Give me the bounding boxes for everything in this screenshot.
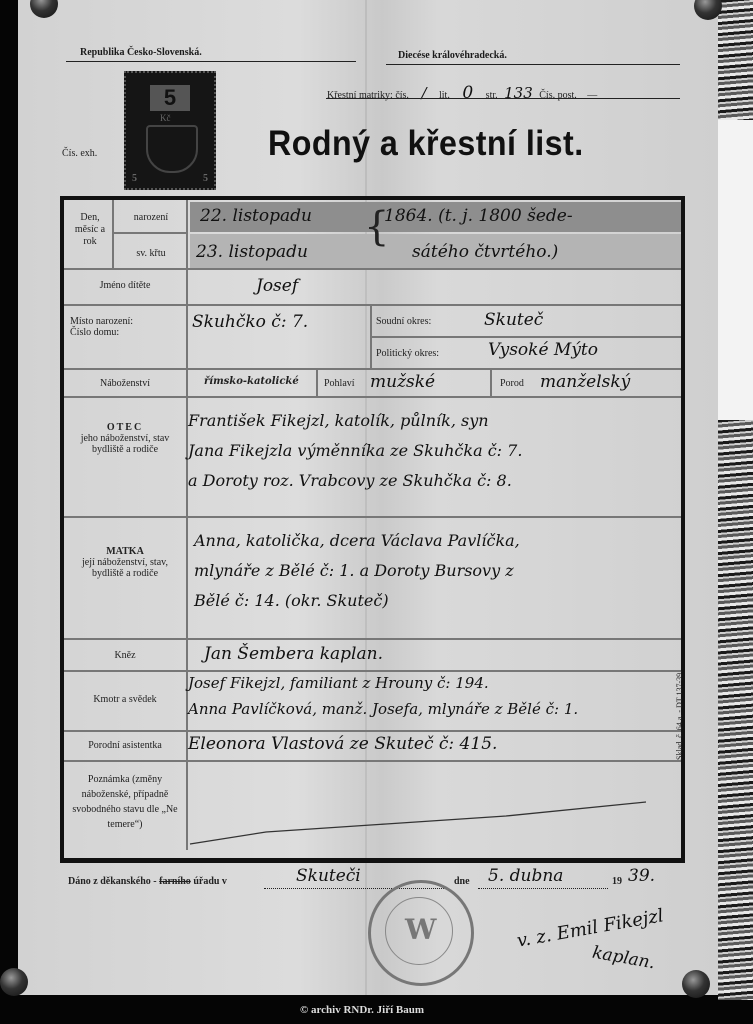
political-district-label: Politický okres: [376, 348, 439, 359]
mother-label: MATKA její náboženství, stav, bydliště a… [64, 546, 186, 579]
birth-date: 22. listopadu [200, 206, 312, 226]
mother-heading: MATKA [64, 546, 186, 557]
father-line: František Fikejzl, katolík, půlník, syn [188, 406, 522, 436]
mother-sublabel: její náboženství, stav, bydliště a rodič… [64, 557, 186, 579]
court-district-label: Soudní okres: [376, 316, 431, 327]
row-divider [64, 760, 681, 762]
copyright: © archiv RNDr. Jiří Baum [300, 1004, 424, 1016]
baptism-label: sv. křtu [116, 248, 186, 259]
father-line: a Doroty roz. Vrabcovy ze Skuhčka č: 8. [188, 466, 522, 496]
father-heading: OTEC [64, 422, 186, 433]
revenue-stamp: 5 Kč 5 5 [124, 71, 216, 190]
birthplace-label-2: Číslo domu: [70, 327, 186, 338]
birthplace: Skuhčko č: 7. [192, 312, 308, 332]
year-prefix: 19 [612, 876, 622, 887]
lit-label: lit. [439, 90, 450, 101]
godparent-line: Anna Pavlíčková, manž. Josefa, mlynáře z… [188, 696, 578, 722]
row-divider [114, 232, 186, 234]
father-sublabel: jeho náboženství, stav bydliště a rodiče [64, 433, 186, 455]
midwife-label: Porodní asistentka [64, 740, 186, 751]
sex-value: mužské [370, 372, 435, 392]
side-print: Sklad. č. 64 a. - DT 137-39. [675, 671, 684, 760]
page-value: 133 [504, 84, 533, 102]
father-label: OTEC jeho náboženství, stav bydliště a r… [64, 422, 186, 455]
year-note-2: sátého čtvrtého.) [412, 242, 558, 262]
certificate-form: Den, měsíc a rok narození sv. křtu Jméno… [60, 196, 685, 863]
mother-details: Anna, katolička, dcera Václava Pavlíčka,… [194, 526, 520, 616]
row-divider [64, 304, 681, 306]
row-divider [64, 730, 681, 732]
column-divider [112, 200, 114, 268]
registry-label: Křestní matriky: čís. [327, 90, 409, 101]
priest-label: Kněz [64, 650, 186, 661]
struck-word: farního [159, 876, 191, 887]
religion-label: Náboženství [64, 378, 186, 389]
pin-icon [682, 970, 710, 998]
row-divider [64, 368, 681, 370]
sex-label: Pohlaví [324, 378, 355, 389]
coat-of-arms-icon [146, 125, 198, 173]
post-value: — [587, 90, 597, 101]
issue-date: 5. dubna [488, 866, 563, 886]
midwife-value: Eleonora Vlastová ze Skuteč č: 415. [188, 734, 497, 754]
row-divider [372, 336, 681, 338]
wall-highlight [718, 120, 753, 420]
issue-line: Dáno z děkanského - farního úřadu v [68, 876, 227, 887]
row-divider [64, 638, 681, 640]
godparent-line: Josef Fikejzl, familiant z Hrouny č: 194… [188, 670, 578, 696]
father-line: Jana Fikejzla výměnníka ze Skuhčka č: 7. [188, 436, 522, 466]
seal-monogram: W [405, 913, 436, 946]
godparent-label: Kmotr a svědek [64, 694, 186, 705]
birthplace-label: Místo narození: Číslo domu: [70, 316, 186, 338]
religion-value: římsko-katolické [204, 376, 299, 387]
year-note-1: 1864. (t. j. 1800 šede- [384, 206, 573, 226]
strike-line [186, 788, 656, 848]
divider [386, 64, 680, 65]
stamp-corner: 5 [203, 173, 208, 184]
document-title: Rodný a křestní list. [268, 124, 584, 164]
stamp-corner: 5 [132, 173, 137, 184]
divider [66, 61, 356, 62]
republic-label: Republika Česko-Slovenská. [80, 47, 202, 58]
divider [326, 98, 680, 99]
post-label: Čís. post. [539, 90, 577, 101]
mother-line: mlynáře z Bělé č: 1. a Doroty Bursovy z [194, 556, 520, 586]
year-suffix: 39. [628, 866, 655, 886]
registry-number: / [421, 84, 426, 102]
baptism-date: 23. listopadu [196, 242, 308, 262]
date-label: dne [454, 876, 470, 887]
birth-type-value: manželský [540, 372, 630, 392]
mother-line: Bělé č: 14. (okr. Skuteč) [194, 586, 520, 616]
lit-value: 0 [462, 83, 473, 103]
date-line [478, 888, 608, 889]
birthplace-label-1: Místo narození: [70, 316, 186, 327]
column-divider [490, 370, 492, 398]
parish-seal: W [368, 880, 474, 986]
diocese-label: Diecése královéhradecká. [398, 50, 507, 61]
row-divider [64, 268, 681, 270]
date-label: Den, měsíc a rok [70, 212, 110, 248]
page-label: str. [486, 90, 498, 101]
court-district: Skuteč [484, 310, 543, 330]
column-divider [370, 306, 372, 370]
exh-label: Čís. exh. [62, 148, 97, 159]
birth-type-label: Porod [500, 378, 524, 389]
birth-label: narození [116, 212, 186, 223]
row-divider [64, 516, 681, 518]
row-divider [64, 396, 681, 398]
father-details: František Fikejzl, katolík, půlník, syn … [188, 406, 522, 496]
issue-place: Skuteči [296, 866, 361, 886]
registry-reference: Křestní matriky: čís. / lit. 0 str. 133 … [327, 83, 597, 103]
godparent-details: Josef Fikejzl, familiant z Hrouny č: 194… [188, 670, 578, 722]
issued-prefix: Dáno z děkanského - [68, 876, 157, 887]
pin-icon [0, 968, 28, 996]
office-label: úřadu v [193, 876, 227, 887]
child-name: Josef [256, 276, 298, 296]
priest-value: Jan Šembera kaplan. [204, 644, 383, 664]
child-name-label: Jméno dítěte [64, 280, 186, 291]
political-district: Vysoké Mýto [488, 340, 598, 360]
stamp-currency: Kč [160, 113, 171, 123]
column-divider [316, 370, 318, 398]
note-label: Poznámka (změny náboženské, případně svo… [68, 772, 182, 832]
stamp-value: 5 [150, 85, 190, 111]
mother-line: Anna, katolička, dcera Václava Pavlíčka, [194, 526, 520, 556]
